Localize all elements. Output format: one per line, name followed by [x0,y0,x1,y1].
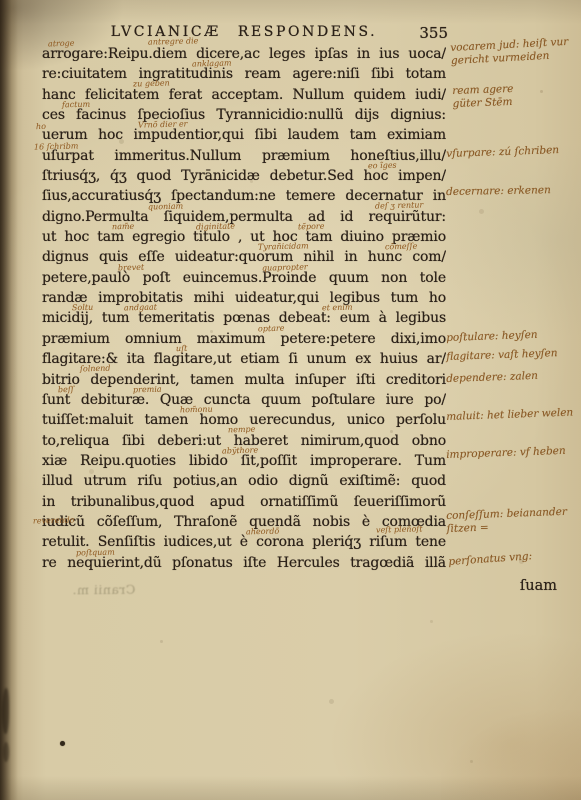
margin-note: decernare: erkenen [446,184,551,199]
interlinear-gloss: nam̃e [112,223,134,232]
interlinear-gloss: diginitate [196,222,235,231]
text-block-lines: arrogare:Reipu.diem dicere,ac leges ipſa… [42,46,446,575]
header-title: LVCIANICÆ RESPONDENS. [42,24,446,40]
interlinear-gloss: hom̃onu [180,406,213,415]
interlinear-gloss: cõmeſſe [385,243,417,252]
text-line: re nequierint,dũ pſonatus iſte Hercules … [42,555,446,575]
interlinear-gloss: ho [36,123,46,131]
text-line: præmium omnium maximum petere:petere dix… [42,331,446,351]
interlinear-gloss: factum [62,101,90,110]
margin-note: perſonatus vng: [448,550,533,569]
interlinear-gloss: beſſ [58,386,74,394]
text-line: randæ improbitatis mihi uideatur,qui leg… [42,290,446,310]
text-line: hanc felicitatem ferat acceptam. Nullum … [42,87,446,107]
interlinear-gloss: zu geben [133,80,170,89]
margin-note: conſeſſum: beianander ſitzen = [446,506,568,536]
margin-note: maluit: het lieber welen [446,407,573,424]
margin-note: vocarem jud: heiſt vur gericht vurmeiden [450,36,569,68]
interlinear-gloss: antregre die [148,37,199,46]
interlinear-gloss: veſt plen̄oſt [376,525,423,534]
margin-note: poſtulare: heyſen [446,329,538,345]
interlinear-gloss: optare [258,325,285,334]
interlinear-gloss: abÿthore [222,447,258,456]
interlinear-gloss: anklagam [192,59,232,68]
interlinear-gloss: nempe [228,426,256,435]
interlinear-gloss: brevet [118,264,144,273]
interlinear-gloss: Tyran̄icidam [258,242,309,251]
interlinear-gloss: quoniam [148,203,183,212]
interlinear-gloss: eo ĩges [368,162,397,171]
interlinear-gloss: 16 ſchribm [34,142,79,151]
text-line: petere,paulò poſt euincemus.Proinde quum… [42,270,446,290]
interlinear-gloss: deſ ʒ rentur [375,201,424,210]
text-line: uerum hoc impudentior,qui ſibi laudem ta… [42,127,446,147]
margin-note: flagitare: vaſt heyſen [446,347,558,364]
book-page-scan: LVCIANICÆ RESPONDENS. 355 arrogare:Reipu… [0,0,581,800]
text-line: re:ciuitatem ingratitudinis ream agere:n… [42,66,446,86]
interlinear-gloss: premia [133,386,162,395]
catchword: ſuam [520,578,557,594]
margin-note: improperare: vf heben [446,445,566,462]
interlinear-gloss: aheordõ [246,528,279,537]
interlinear-gloss: uſt [176,345,188,353]
main-text-block: arrogare:Reipu.diem dicere,ac leges ipſa… [42,46,446,575]
text-line: in tribunalibus,quod apud ornatiſſimũ ſe… [42,494,446,514]
text-line: digno.Permulta ſiquidem,permulta ad id r… [42,209,446,229]
show-through-text: Cranii m. [72,582,135,598]
text-line: dignus quis eſſe uideatur:quorum nihil i… [42,249,446,269]
ink-spot [60,741,65,746]
margin-note: ream agere güter Stēm [452,83,514,111]
gutter-shadow [0,0,18,800]
text-line: illud utrum riſu potius,an odio dignũ ex… [42,473,446,493]
text-line: arrogare:Reipu.diem dicere,ac leges ipſa… [42,46,446,66]
text-line: xiæ Reipu.quoties libido ſit,poſſit impr… [42,453,446,473]
running-header: LVCIANICÆ RESPONDENS. 355 [42,24,446,40]
interlinear-gloss: Soltu [72,304,93,313]
interlinear-gloss: atroge [48,40,75,49]
interlinear-gloss: et enim [322,304,353,313]
text-line: micidij, tum temeritatis pœnas debeat: e… [42,310,446,330]
text-line: ſtriusq́ʒ, q́ʒ quod Tyrānicidæ debetur.S… [42,168,446,188]
interlinear-gloss: poſtquam [76,548,115,557]
interlinear-gloss: andgaat [124,304,157,313]
page-number: 355 [419,24,448,42]
paper-stain [441,710,581,800]
interlinear-gloss: Vrnõ dier er [138,120,188,129]
interlinear-gloss: ſolnend [80,365,111,374]
text-line: ſunt debituræ. Quæ cuncta quum poſtulare… [42,392,446,412]
interlinear-gloss: reverendo [33,516,75,525]
margin-note: vſurpare: zú ſchriben [446,144,559,161]
margin-note: dependere: zalen [446,370,538,386]
interlinear-gloss: tẽpore [298,223,325,232]
interlinear-gloss: quapropter [262,263,308,272]
text-line: bitrio dependerint, tamen multa inſuper … [42,372,446,392]
text-line: ces facinus ſpecioſius Tyrannicidio:null… [42,107,446,127]
